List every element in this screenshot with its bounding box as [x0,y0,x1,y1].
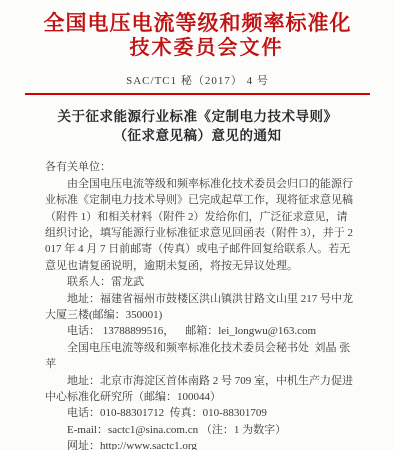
doc-title-line2: （征求意见稿）意见的通知 [0,126,395,145]
header-org-name-line2: 技术委员会文件 [0,37,395,61]
salutation: 各有关单位： [45,159,353,175]
contact-phone-email-line: 电话： 13788899516， 邮箱：lei_longwu@163.com [45,323,353,339]
main-paragraph: 由全国电压电流等级和频率标准化技术委员会归口的能源行业标准《定制电力技术导则》已… [45,176,353,274]
secretariat-email-line: E-mail：sactc1@sina.com.cn （注：1 为数字） [45,422,353,438]
doc-number: SAC/TC1 秘（2017） 4 号 [0,72,395,88]
secretariat-phone-fax-line: 电话：010-88301712 传真：010-88301709 [45,405,353,421]
contact-address-line: 地址：福建省福州市鼓楼区洪山镇洪甘路文山里 217 号中龙大厦三楼(邮编：350… [45,291,353,324]
website-line: 网址：http://www.sactc1.org [45,438,353,450]
secretariat-address-line: 地址：北京市海淀区首体南路 2 号 709 室，中机生产力促进中心标准化研究所（… [45,373,353,406]
doc-header: 全国电压电流等级和频率标准化 技术委员会文件 [0,0,395,60]
red-divider [25,93,370,95]
doc-body: 各有关单位： 由全国电压电流等级和频率标准化技术委员会归口的能源行业标准《定制电… [0,159,395,450]
doc-title-line1: 关于征求能源行业标准《定制电力技术导则》 [0,107,395,126]
doc-title: 关于征求能源行业标准《定制电力技术导则》 （征求意见稿）意见的通知 [0,107,395,145]
document-page: 全国电压电流等级和频率标准化 技术委员会文件 SAC/TC1 秘（2017） 4… [0,0,395,450]
contact-person-line: 联系人：雷龙武 [45,274,353,290]
secretariat-line: 全国电压电流等级和频率标准化技术委员会秘书处 刘晶 张苹 [45,340,353,373]
header-org-name-line1: 全国电压电流等级和频率标准化 [0,11,395,36]
